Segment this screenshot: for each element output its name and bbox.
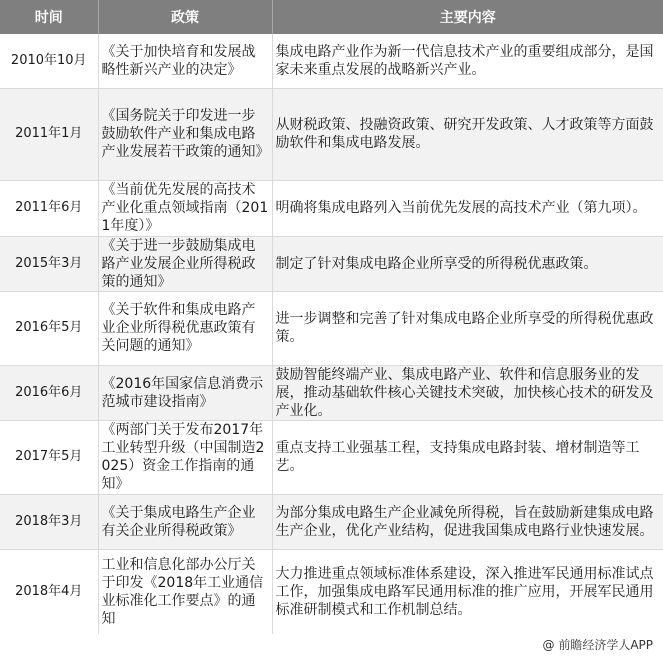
table-row: 2016年5月 《关于软件和集成电路产业企业所得税优惠政策有关问题的通知》 进一… (0, 291, 663, 365)
row-content: 大力推进重点领域标准体系建设，深入推进军民通用标准试点工作，加强集成电路军民通用… (272, 549, 663, 634)
header-policy: 政策 (98, 0, 272, 34)
table-row: 2016年6月 《2016年国家信息消费示范城市建设指南》 鼓励智能终端产业、集… (0, 365, 663, 420)
policy-table: 时间 政策 主要内容 2010年10月 《关于加快培育和发展战略性新兴产业的决定… (0, 0, 663, 634)
row-content: 重点支持工业强基工程，支持集成电路封装、增材制造等工艺。 (272, 420, 663, 494)
row-policy: 《当前优先发展的高技术产业化重点领域指南（2011年度）》 (98, 180, 272, 236)
row-date: 2017年5月 (0, 420, 98, 494)
row-policy: 《关于软件和集成电路产业企业所得税优惠政策有关问题的通知》 (98, 291, 272, 365)
header-date: 时间 (0, 0, 98, 34)
table-row: 2010年10月 《关于加快培育和发展战略性新兴产业的决定》 集成电路产业作为新… (0, 34, 663, 88)
row-date: 2010年10月 (0, 34, 98, 88)
row-policy: 《关于集成电路生产企业有关企业所得税政策》 (98, 494, 272, 549)
row-policy: 《关于进一步鼓励集成电路产业发展企业所得税政策的通知》 (98, 236, 272, 291)
row-date: 2011年6月 (0, 180, 98, 236)
row-content: 制定了针对集成电路企业所享受的所得税优惠政策。 (272, 236, 663, 291)
row-policy: 《两部门关于发布2017年工业转型升级（中国制造2025）资金工作指南的通知》 (98, 420, 272, 494)
row-content: 为部分集成电路生产企业减免所得税，旨在鼓励新建集成电路生产企业，优化产业结构，促… (272, 494, 663, 549)
row-policy: 《2016年国家信息消费示范城市建设指南》 (98, 365, 272, 420)
row-date: 2016年6月 (0, 365, 98, 420)
row-date: 2015年3月 (0, 236, 98, 291)
table-row: 2018年4月 工业和信息化部办公厅关于印发《2018年工业通信业标准化工作要点… (0, 549, 663, 634)
row-content: 从财税政策、投融资政策、研究开发政策、人才政策等方面鼓励软件和集成电路发展。 (272, 88, 663, 180)
row-policy: 工业和信息化部办公厅关于印发《2018年工业通信业标准化工作要点》的通知 (98, 549, 272, 634)
row-policy: 《国务院关于印发进一步鼓励软件产业和集成电路产业发展若干政策的通知》 (98, 88, 272, 180)
table-row: 2015年3月 《关于进一步鼓励集成电路产业发展企业所得税政策的通知》 制定了针… (0, 236, 663, 291)
table-row: 2011年1月 《国务院关于印发进一步鼓励软件产业和集成电路产业发展若干政策的通… (0, 88, 663, 180)
row-date: 2018年4月 (0, 549, 98, 634)
row-policy: 《关于加快培育和发展战略性新兴产业的决定》 (98, 34, 272, 88)
row-content: 鼓励智能终端产业、集成电路产业、软件和信息服务业的发展，推动基础软件核心关键技术… (272, 365, 663, 420)
row-date: 2011年1月 (0, 88, 98, 180)
table-row: 2018年3月 《关于集成电路生产企业有关企业所得税政策》 为部分集成电路生产企… (0, 494, 663, 549)
row-content: 明确将集成电路列入当前优先发展的高技术产业（第九项）。 (272, 180, 663, 236)
row-date: 2016年5月 (0, 291, 98, 365)
row-content: 集成电路产业作为新一代信息技术产业的重要组成部分，是国家未来重点发展的战略新兴产… (272, 34, 663, 88)
row-content: 进一步调整和完善了针对集成电路企业所享受的所得税优惠政策。 (272, 291, 663, 365)
source-credit: @ 前瞻经济学人APP (543, 636, 654, 653)
table-row: 2011年6月 《当前优先发展的高技术产业化重点领域指南（2011年度）》 明确… (0, 180, 663, 236)
table-header-row: 时间 政策 主要内容 (0, 0, 663, 34)
table-row: 2017年5月 《两部门关于发布2017年工业转型升级（中国制造2025）资金工… (0, 420, 663, 494)
row-date: 2018年3月 (0, 494, 98, 549)
header-content: 主要内容 (272, 0, 663, 34)
